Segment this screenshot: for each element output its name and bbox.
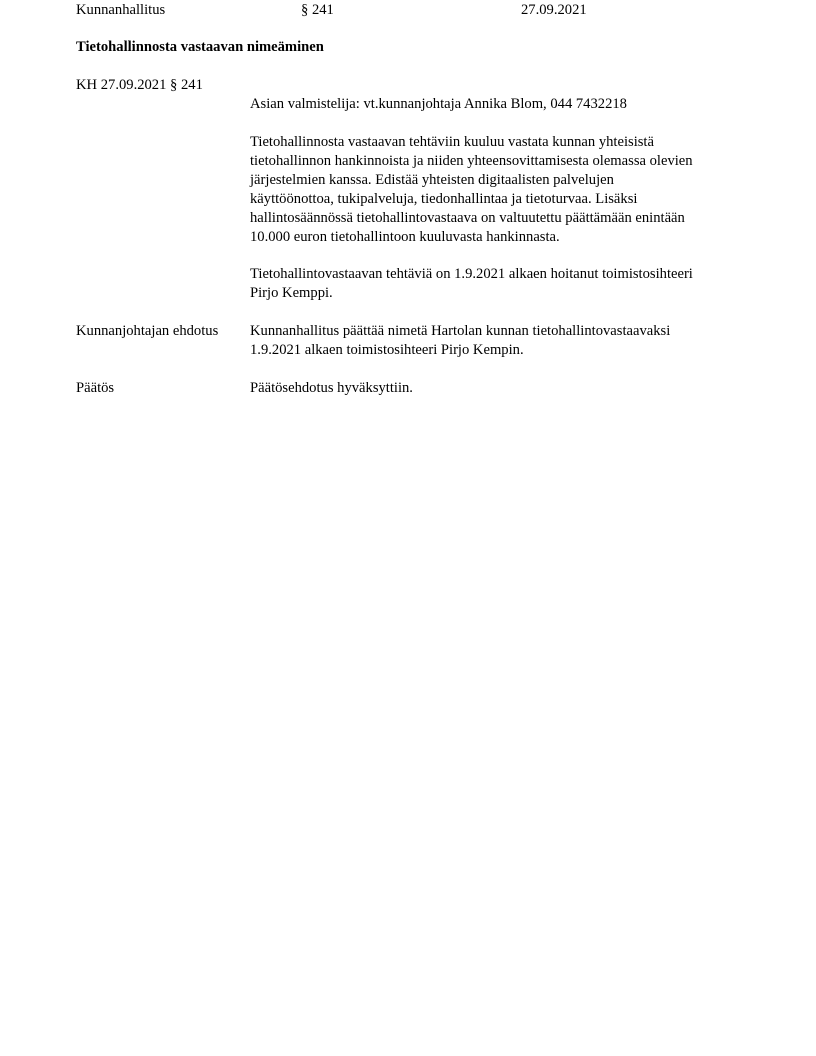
document-title: Tietohallinnosta vastaavan nimeäminen: [76, 38, 324, 57]
proposal-text: Kunnanhallitus päättää nimetä Hartolan k…: [250, 322, 750, 360]
paragraph-line: Tietohallintovastaavan tehtäviä on 1.9.2…: [250, 265, 750, 284]
decision-line: Päätösehdotus hyväksyttiin.: [250, 379, 750, 398]
paragraph-current-holder: Tietohallintovastaavan tehtäviä on 1.9.2…: [250, 265, 750, 303]
paragraph-duties: Tietohallinnosta vastaavan tehtäviin kuu…: [250, 133, 750, 247]
proposal-line: Kunnanhallitus päättää nimetä Hartolan k…: [250, 322, 750, 341]
paragraph-line: käyttöönottoa, tukipalveluja, tiedonhall…: [250, 190, 750, 209]
meeting-reference: KH 27.09.2021 § 241: [76, 76, 203, 95]
proposal-line: 1.9.2021 alkaen toimistosihteeri Pirjo K…: [250, 341, 750, 360]
paragraph-line: hallintosäännössä tietohallintovastaava …: [250, 209, 750, 228]
paragraph-line: Tietohallinnosta vastaavan tehtäviin kuu…: [250, 133, 750, 152]
header-date: 27.09.2021: [521, 1, 587, 20]
decision-label: Päätös: [76, 379, 114, 398]
preparer-line: Asian valmistelija: vt.kunnanjohtaja Ann…: [250, 95, 750, 114]
header-section-number: § 241: [301, 1, 334, 20]
decision-text: Päätösehdotus hyväksyttiin.: [250, 379, 750, 398]
preparer-text: Asian valmistelija: vt.kunnanjohtaja Ann…: [250, 95, 750, 114]
paragraph-line: järjestelmien kanssa. Edistää yhteisten …: [250, 171, 750, 190]
proposal-label: Kunnanjohtajan ehdotus: [76, 322, 218, 341]
paragraph-line: 10.000 euron tietohallintoon kuuluvasta …: [250, 228, 750, 247]
paragraph-line: tietohallinnon hankinnoista ja niiden yh…: [250, 152, 750, 171]
paragraph-line: Pirjo Kemppi.: [250, 284, 750, 303]
header-organ: Kunnanhallitus: [76, 1, 165, 20]
